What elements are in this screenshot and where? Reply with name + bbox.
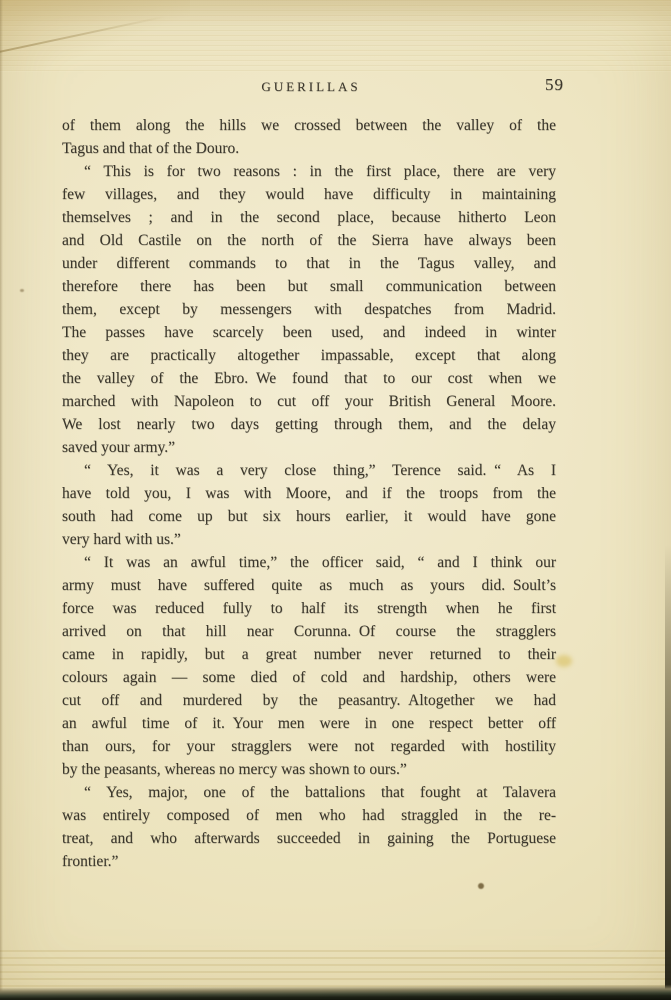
page-scan: GUERILLAS 59 of them along the hills we …: [0, 0, 671, 1000]
text-line: treat, and who afterwards succeeded in g…: [62, 827, 556, 850]
text-line: very hard with us.”: [62, 528, 556, 551]
text-line: the valley of the Ebro. We found that to…: [62, 367, 556, 390]
text-line: under different commands to that in the …: [62, 252, 556, 275]
text-line: south had come up but six hours earlier,…: [62, 505, 556, 528]
stain: [556, 655, 572, 667]
page-edge-bottom: [0, 985, 671, 1000]
text-line: force was reduced fully to half its stre…: [62, 597, 556, 620]
text-line: saved your army.”: [62, 436, 556, 459]
corner-shade: [0, 0, 190, 70]
page-edge-right: [665, 545, 671, 1000]
text-line: an awful time of it. Your men were in on…: [62, 712, 556, 735]
text-line: by the peasants, whereas no mercy was sh…: [62, 758, 556, 781]
text-line: marched with Napoleon to cut off your Br…: [62, 390, 556, 413]
speck: [478, 883, 484, 889]
text-line: they are practically altogether impassab…: [62, 344, 556, 367]
text-line: “ Yes, it was a very close thing,” Teren…: [62, 459, 556, 482]
text-line: came in rapidly, but a great number neve…: [62, 643, 556, 666]
text-line: was entirely composed of men who had str…: [62, 804, 556, 827]
text-line: them, except by messengers with despatch…: [62, 298, 556, 321]
text-line: therefore there has been but small commu…: [62, 275, 556, 298]
text-line: “ Yes, major, one of the battalions that…: [62, 781, 556, 804]
text-line: themselves ; and in the second place, be…: [62, 206, 556, 229]
text-line: and Old Castile on the north of the Sier…: [62, 229, 556, 252]
text-line: few villages, and they would have diffic…: [62, 183, 556, 206]
running-title: GUERILLAS: [62, 76, 560, 98]
page-edge-left: [0, 0, 3, 1000]
text-line: cut off and murdered by the peasantry. A…: [62, 689, 556, 712]
text-line: than ours, for your stragglers were not …: [62, 735, 556, 758]
speck: [20, 289, 24, 292]
text-line: Tagus and that of the Douro.: [62, 137, 556, 160]
text-line: “ It was an awful time,” the officer sai…: [62, 551, 556, 574]
text-line: of them along the hills we crossed betwe…: [62, 114, 556, 137]
text-line: have told you, I was with Moore, and if …: [62, 482, 556, 505]
text-line: We lost nearly two days getting through …: [62, 413, 556, 436]
text-block: of them along the hills we crossed betwe…: [62, 114, 556, 873]
text-line: colours again — some died of cold and ha…: [62, 666, 556, 689]
page-header: GUERILLAS 59: [62, 76, 560, 98]
text-line: arrived on that hill near Corunna. Of co…: [62, 620, 556, 643]
text-line: frontier.”: [62, 850, 556, 873]
text-line: The passes have scarcely been used, and …: [62, 321, 556, 344]
page-number: 59: [545, 74, 564, 96]
text-line: “ This is for two reasons : in the first…: [62, 160, 556, 183]
text-line: army must have suffered quite as much as…: [62, 574, 556, 597]
